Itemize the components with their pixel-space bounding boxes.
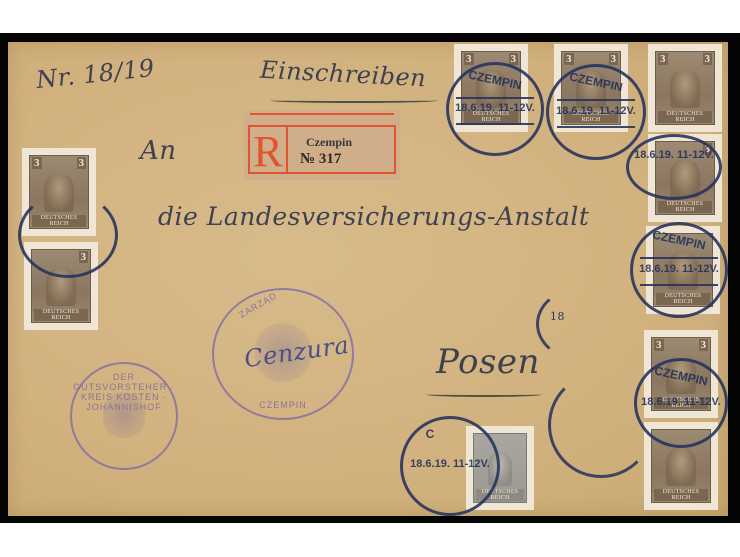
number-value: 317 xyxy=(319,151,342,167)
postmark-bottom: C 18.6.19. 11-12V. xyxy=(400,416,500,516)
stamp-right-1: 33 DEUTSCHES REICH xyxy=(648,44,722,132)
registered-r-mark: R xyxy=(250,127,288,172)
postmark-top-1: CZEMPIN 18.6.19. 11-12V. xyxy=(446,62,544,156)
postmark-right-2: CZEMPIN 18.6.19. 11-12V. xyxy=(630,222,728,318)
registration-label: R Czempin № 317 xyxy=(244,110,400,180)
destination-underline xyxy=(426,392,542,397)
postmark-top-2: CZEMPIN 18.6.19. 11-12V. xyxy=(546,64,646,160)
fragment-label: 18 xyxy=(550,310,565,323)
number-prefix: № xyxy=(300,151,315,167)
postmark-fragment-2 xyxy=(548,372,654,478)
postmark-fragment-1 xyxy=(536,286,632,362)
estate-seal: DER GUTSVORSTEHER · KREIS KOSTEN · JOHAN… xyxy=(70,362,178,470)
registration-office: Czempin xyxy=(306,135,352,150)
label-border: R Czempin № 317 xyxy=(248,125,396,174)
eagle-emblem xyxy=(103,390,145,440)
destination: Posen xyxy=(436,342,540,382)
reference-number: Nr. 18/19 xyxy=(35,54,156,94)
registered-note-underline xyxy=(270,98,438,103)
registration-number: № 317 xyxy=(300,151,341,168)
envelope: Nr. 18/19 Einschreiben An die Landesvers… xyxy=(8,42,728,516)
salutation: An xyxy=(140,136,177,166)
postmark-right-1: 18.6.19. 11-12V. xyxy=(626,134,722,200)
germania-figure xyxy=(666,448,696,486)
germania-figure xyxy=(670,70,700,108)
postmark-left xyxy=(18,192,118,278)
registered-note: Einschreiben xyxy=(259,56,426,93)
addressee: die Landesversicherungs-Anstalt xyxy=(158,202,589,231)
label-top-rule xyxy=(250,113,394,115)
